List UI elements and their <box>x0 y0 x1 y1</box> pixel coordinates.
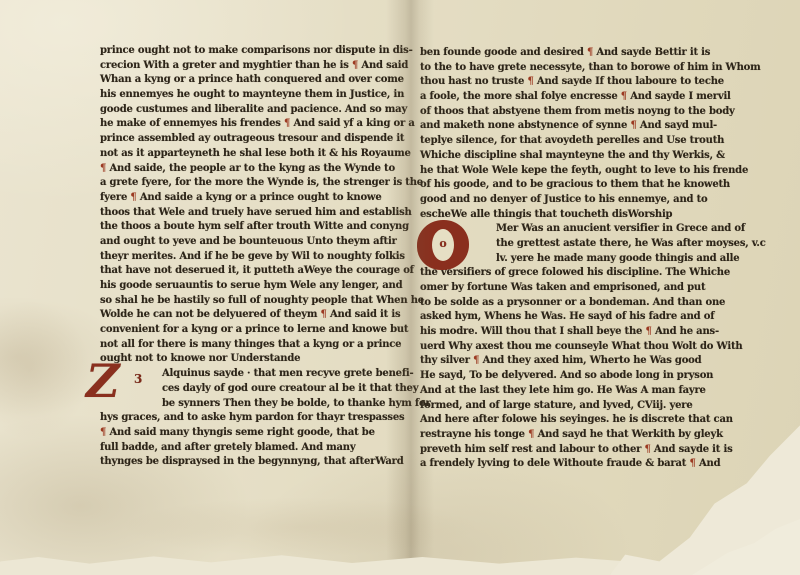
right-text-block: ben founde goode and desired ¶ And sayde… <box>420 46 736 472</box>
drop-cap-counter: o <box>432 229 454 261</box>
pilcrow-mark: ¶ <box>321 309 327 320</box>
text-line: prince assembled ay outrageous tresour a… <box>100 132 398 147</box>
text-line: hys graces, and to aske hym pardon for t… <box>100 411 398 426</box>
text-line: thynges be dispraysed in the begynnyng, … <box>100 455 398 470</box>
left-text-block: prince ought not to make comparisons nor… <box>100 44 398 470</box>
guide-letter: o <box>432 237 454 252</box>
text-line: that have not deserued it, it putteth aW… <box>100 264 398 279</box>
text-line: not all for there is many thinges that a… <box>100 338 398 353</box>
text-line: full badde, and after gretely blamed. An… <box>100 441 398 456</box>
pilcrow-mark: ¶ <box>352 60 358 71</box>
text-line: a foole, the more shal folye encresse ¶ … <box>420 90 736 105</box>
text-line: And here after folowe his seyinges. he i… <box>420 413 736 428</box>
book-spine-gutter <box>386 0 434 575</box>
text-line: asked hym, Whens he Was. He sayd of his … <box>420 310 736 325</box>
text-line: to the to have grete necessyte, than to … <box>420 61 736 76</box>
text-line: thy silver ¶ And they axed him, Wherto h… <box>420 354 736 369</box>
text-line: to be solde as a prysonner or a bondeman… <box>420 296 736 311</box>
text-line: omer by fortune Was taken and emprisoned… <box>420 281 736 296</box>
text-line: his ennemyes he ought to maynteyne them … <box>100 88 398 103</box>
pilcrow-mark: ¶ <box>644 444 650 455</box>
text-line: Whan a kyng or a prince hath conquered a… <box>100 73 398 88</box>
text-line: he that Wole Wele kepe the feyth, ought … <box>420 164 736 179</box>
pilcrow-mark: ¶ <box>621 91 627 102</box>
text-line: thoos that Wele and truely have serued h… <box>100 206 398 221</box>
text-line: preveth him self rest and labour to othe… <box>420 443 736 458</box>
text-line: not as it apparteyneth he shal lese both… <box>100 147 398 162</box>
text-line: formed, and of large stature, and lyved,… <box>420 399 736 414</box>
text-line: goode custumes and liberalite and pacien… <box>100 103 398 118</box>
text-line: lv. yere he made many goode thingis and … <box>420 252 736 267</box>
guide-letter: 3 <box>134 372 142 387</box>
text-line: restrayne his tonge ¶ And sayd he that W… <box>420 428 736 443</box>
pilcrow-mark: ¶ <box>587 47 593 58</box>
text-line: good and no denyer of Justice to his enn… <box>420 193 736 208</box>
pilcrow-mark: ¶ <box>130 192 136 203</box>
page-stain <box>0 300 90 440</box>
pilcrow-mark: ¶ <box>527 76 533 87</box>
text-line: his goode seruauntis to serue hym Wele a… <box>100 279 398 294</box>
text-line: the versifiers of grece folowed his disc… <box>420 266 736 281</box>
text-line: And at the last they lete him go. He Was… <box>420 384 736 399</box>
text-line: theyr merites. And if he be geve by Wil … <box>100 250 398 265</box>
pilcrow-mark: ¶ <box>100 163 106 174</box>
pilcrow-mark: ¶ <box>473 355 479 366</box>
text-line: a frendely lyving to dele Withoute fraud… <box>420 457 736 472</box>
left-page: prince ought not to make comparisons nor… <box>0 0 400 575</box>
drop-cap-z-initial: Z 3 <box>86 358 148 408</box>
text-line: teplye silence, for that avoydeth perell… <box>420 134 736 149</box>
text-line: Whiche discipline shal maynteyne the and… <box>420 149 736 164</box>
text-line: ¶ And saide, the people ar to the kyng a… <box>100 162 398 177</box>
pilcrow-mark: ¶ <box>689 458 695 469</box>
pilcrow-mark: ¶ <box>646 326 652 337</box>
text-line: thou hast no truste ¶ And sayde If thou … <box>420 75 736 90</box>
text-line: convenient for a kyng or a prince to ler… <box>100 323 398 338</box>
book-photo: prince ought not to make comparisons nor… <box>0 0 800 575</box>
text-line: and ought to yeve and be bounteuous Unto… <box>100 235 398 250</box>
pilcrow-mark: ¶ <box>630 120 636 131</box>
text-line: uerd Why axest thou me counseyle What th… <box>420 340 736 355</box>
text-line: ben founde goode and desired ¶ And sayde… <box>420 46 736 61</box>
text-line: He sayd, To be delyvered. And so abode l… <box>420 369 736 384</box>
text-line: Wolde he can not be delyuered of theym ¶… <box>100 308 398 323</box>
text-line: he make of ennemyes his frendes ¶ And sa… <box>100 117 398 132</box>
text-line: the thoos a boute hym self after trouth … <box>100 220 398 235</box>
text-line: ¶ And said many thyngis seme right goode… <box>100 426 398 441</box>
pilcrow-mark: ¶ <box>528 429 534 440</box>
text-line: so shal he be hastily so full of noughty… <box>100 294 398 309</box>
text-line: and maketh none abstynence of synne ¶ An… <box>420 119 736 134</box>
pilcrow-mark: ¶ <box>100 427 106 438</box>
text-line: a grete fyere, for the more the Wynde is… <box>100 176 398 191</box>
text-line: fyere ¶ And saide a kyng or a prince oug… <box>100 191 398 206</box>
text-line: crecion With a greter and myghtier than … <box>100 59 398 74</box>
pilcrow-mark: ¶ <box>284 118 290 129</box>
text-line: his modre. Will thou that I shall beye t… <box>420 325 736 340</box>
text-line: escheWe alle thingis that toucheth disWo… <box>420 208 736 223</box>
text-line: of his goode, and to be gracious to them… <box>420 178 736 193</box>
text-line: of thoos that abstyene them from metis n… <box>420 105 736 120</box>
text-line: prince ought not to make comparisons nor… <box>100 44 398 59</box>
